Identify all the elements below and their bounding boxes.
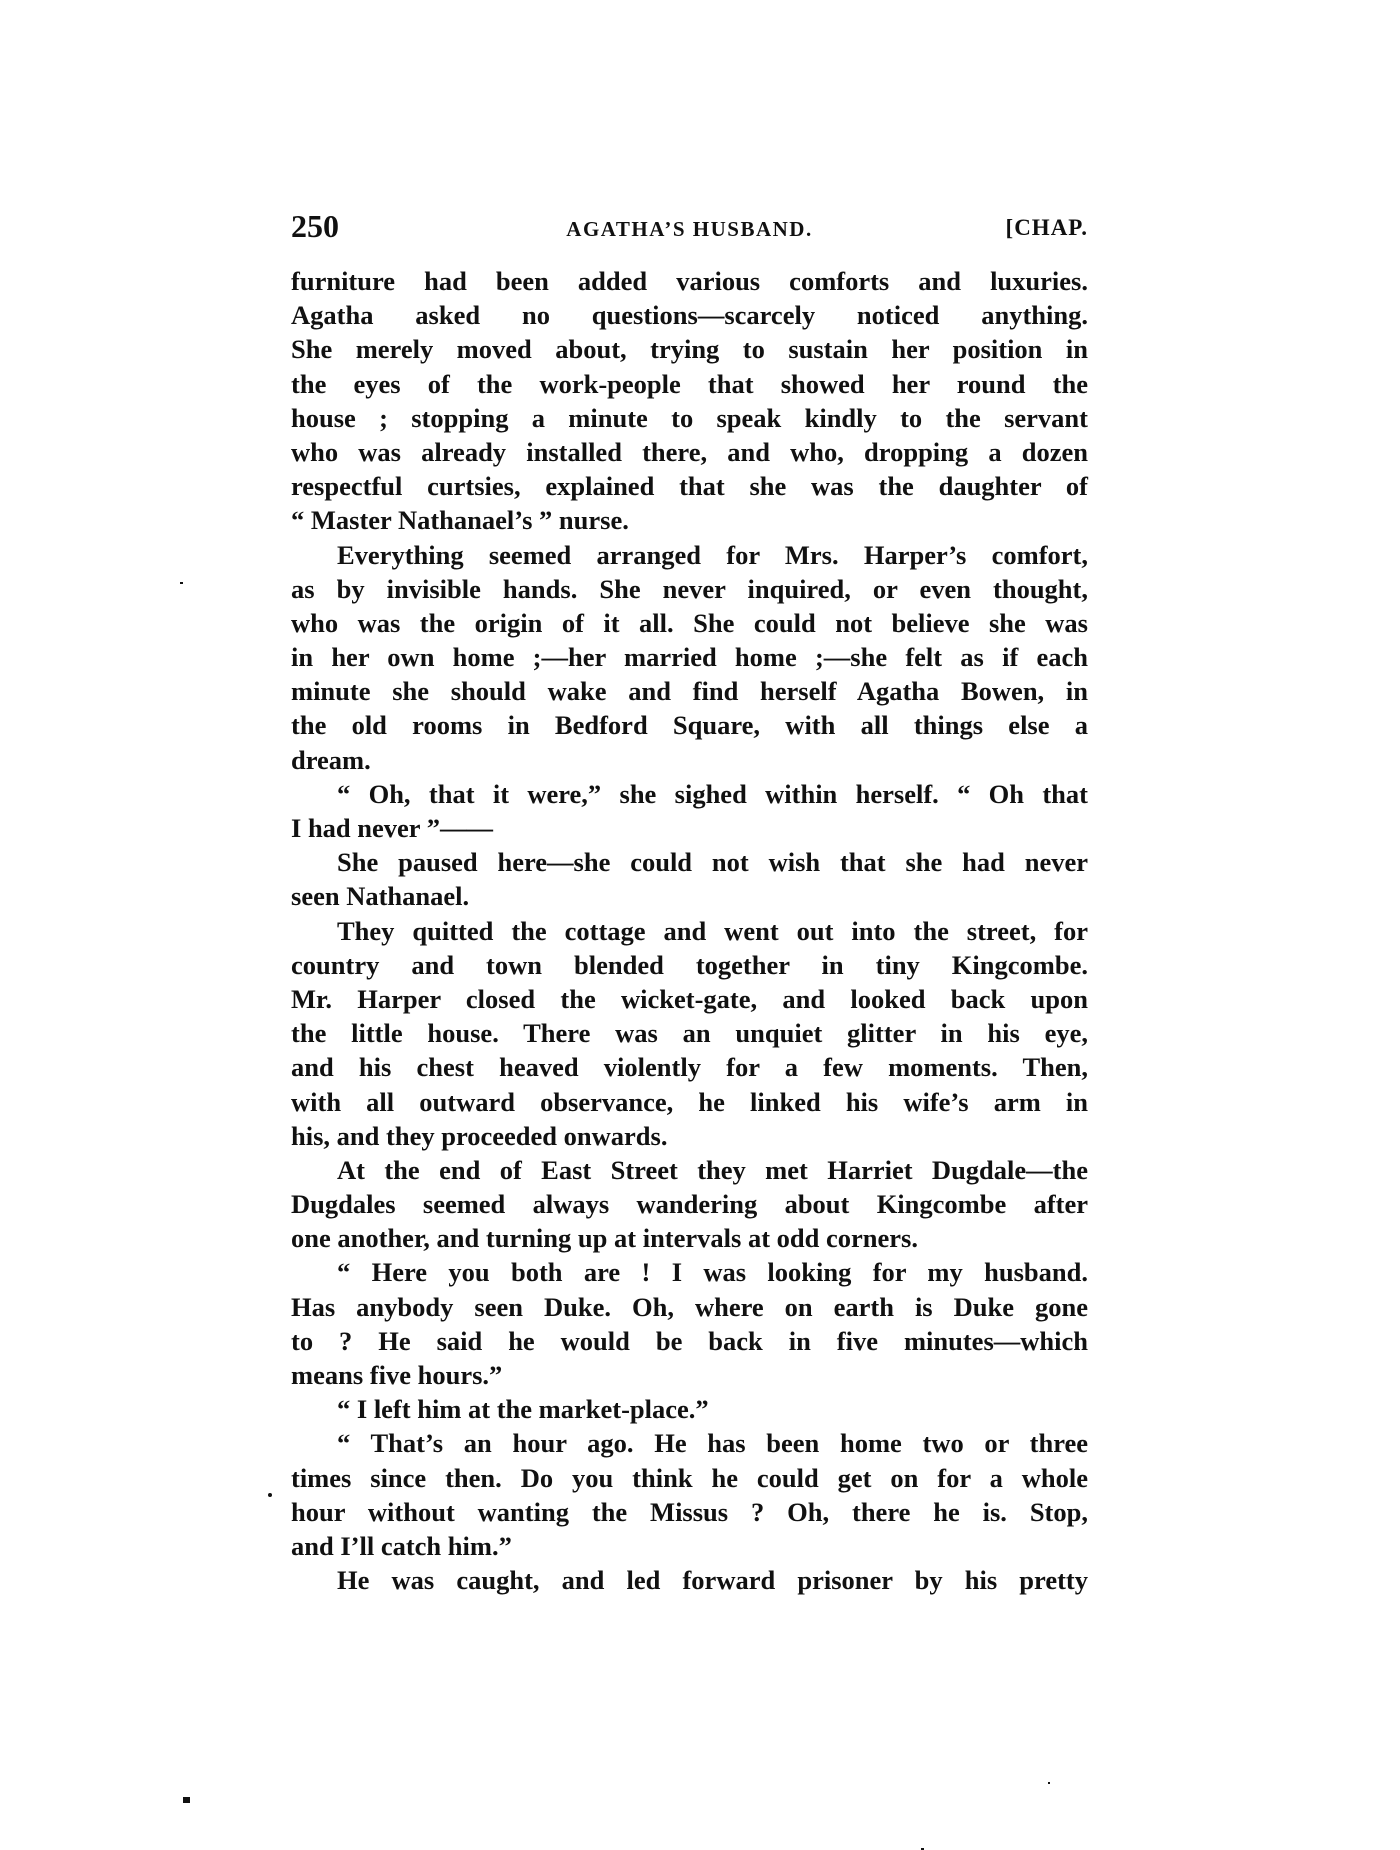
text-line: respectful curtsies, explained that she … xyxy=(291,469,1088,503)
running-head: 250 AGATHA’S HUSBAND. [CHAP. xyxy=(291,206,1088,246)
text-line: one another, and turning up at intervals… xyxy=(291,1221,1088,1255)
text-line: means five hours.” xyxy=(291,1358,1088,1392)
text-line: in her own home ;—her married home ;—she… xyxy=(291,640,1088,674)
text-line: He was caught, and led forward prisoner … xyxy=(291,1563,1088,1597)
body-text: furniture had been added various comfort… xyxy=(291,264,1088,1597)
text-line: dream. xyxy=(291,743,1088,777)
text-line: who was already installed there, and who… xyxy=(291,435,1088,469)
book-page: 250 AGATHA’S HUSBAND. [CHAP. furniture h… xyxy=(0,0,1400,1850)
text-line: I had never ”—— xyxy=(291,811,1088,845)
text-line: “ Oh, that it were,” she sighed within h… xyxy=(291,777,1088,811)
text-line: hour without wanting the Missus ? Oh, th… xyxy=(291,1495,1088,1529)
text-line: times since then. Do you think he could … xyxy=(291,1461,1088,1495)
text-line: Dugdales seemed always wandering about K… xyxy=(291,1187,1088,1221)
text-line: Has anybody seen Duke. Oh, where on eart… xyxy=(291,1290,1088,1324)
text-line: the old rooms in Bedford Square, with al… xyxy=(291,708,1088,742)
text-line: the eyes of the work-people that showed … xyxy=(291,367,1088,401)
text-line: “ I left him at the market-place.” xyxy=(291,1392,1088,1426)
scan-speck xyxy=(268,1493,272,1497)
text-line: She paused here—she could not wish that … xyxy=(291,845,1088,879)
chapter-mark: [CHAP. xyxy=(1006,209,1088,247)
text-line: minute she should wake and find herself … xyxy=(291,674,1088,708)
text-line: who was the origin of it all. She could … xyxy=(291,606,1088,640)
text-line: with all outward observance, he linked h… xyxy=(291,1085,1088,1119)
scan-speck xyxy=(180,582,183,584)
text-line: “ Here you both are ! I was looking for … xyxy=(291,1255,1088,1289)
text-line: seen Nathanael. xyxy=(291,879,1088,913)
text-line: house ; stopping a minute to speak kindl… xyxy=(291,401,1088,435)
text-line: and I’ll catch him.” xyxy=(291,1529,1088,1563)
text-line: They quitted the cottage and went out in… xyxy=(291,914,1088,948)
text-line: his, and they proceeded onwards. xyxy=(291,1119,1088,1153)
text-line: She merely moved about, trying to sustai… xyxy=(291,332,1088,366)
text-line: Mr. Harper closed the wicket-gate, and l… xyxy=(291,982,1088,1016)
text-line: country and town blended together in tin… xyxy=(291,948,1088,982)
text-line: At the end of East Street they met Harri… xyxy=(291,1153,1088,1187)
scan-speck xyxy=(183,1797,190,1803)
text-line: the little house. There was an unquiet g… xyxy=(291,1016,1088,1050)
text-line: Everything seemed arranged for Mrs. Harp… xyxy=(291,538,1088,572)
running-title: AGATHA’S HUSBAND. xyxy=(291,211,1088,247)
text-line: to ? He said he would be back in five mi… xyxy=(291,1324,1088,1358)
scan-speck xyxy=(1048,1782,1050,1784)
text-line: “ Master Nathanael’s ” nurse. xyxy=(291,503,1088,537)
text-line: Agatha asked no questions—scarcely notic… xyxy=(291,298,1088,332)
text-line: as by invisible hands. She never inquire… xyxy=(291,572,1088,606)
text-line: and his chest heaved violently for a few… xyxy=(291,1050,1088,1084)
text-line: furniture had been added various comfort… xyxy=(291,264,1088,298)
text-line: “ That’s an hour ago. He has been home t… xyxy=(291,1426,1088,1460)
